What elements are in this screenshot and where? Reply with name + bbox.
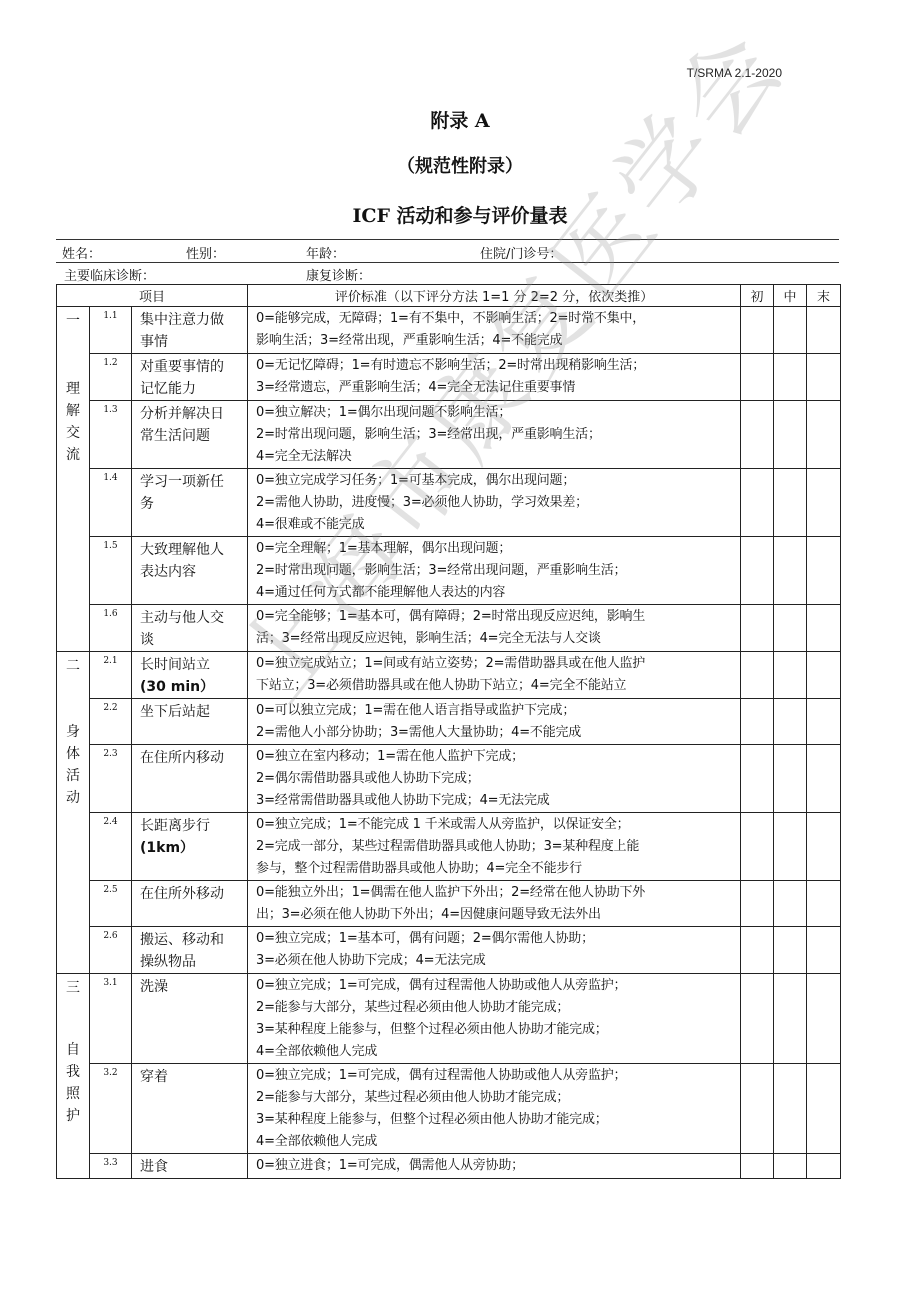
item-code: 1.2 bbox=[90, 354, 132, 401]
record-number-label: 住院/门诊号： bbox=[480, 243, 562, 262]
criteria-line: 2=能参与大部分，某些过程必须由他人协助才能完成； bbox=[256, 1087, 740, 1109]
gender-label: 性别： bbox=[186, 243, 225, 262]
criteria-line: 0=独立完成；1=可完成，偶有过程需他人协助或他人从旁监护； bbox=[256, 975, 740, 997]
score-cell-middle[interactable] bbox=[774, 974, 807, 1064]
table-row: 2.5在住所外移动0=能独立外出；1=偶需在他人监护下外出；2=经常在他人协助下… bbox=[57, 881, 841, 927]
item-name-line: 记忆能力 bbox=[140, 378, 247, 400]
score-cell-final[interactable] bbox=[807, 927, 841, 974]
score-cell-final[interactable] bbox=[807, 652, 841, 699]
item-name-line: 搬运、移动和 bbox=[140, 929, 247, 951]
score-cell-final[interactable] bbox=[807, 307, 841, 354]
appendix-type: （规范性附录） bbox=[0, 152, 920, 178]
item-name: 大致理解他人表达内容 bbox=[132, 537, 248, 605]
category-number: 一 bbox=[57, 310, 89, 330]
item-code: 2.2 bbox=[90, 699, 132, 745]
score-cell-final[interactable] bbox=[807, 469, 841, 537]
score-cell-middle[interactable] bbox=[774, 1064, 807, 1154]
score-cell-initial[interactable] bbox=[741, 354, 774, 401]
score-cell-final[interactable] bbox=[807, 1064, 841, 1154]
category-cell: 二身体活动 bbox=[57, 652, 90, 974]
score-cell-middle[interactable] bbox=[774, 537, 807, 605]
criteria-line: 0=无记忆障碍；1=有时遗忘不影响生活；2=时常出现稍影响生活； bbox=[256, 355, 740, 377]
criteria-line: 0=独立完成；1=可完成，偶有过程需他人协助或他人从旁监护； bbox=[256, 1065, 740, 1087]
criteria-line: 3=某种程度上能参与，但整个过程必须由他人协助才能完成； bbox=[256, 1019, 740, 1041]
score-cell-initial[interactable] bbox=[741, 745, 774, 813]
criteria-line: 0=可以独立完成；1=需在他人语言指导或监护下完成； bbox=[256, 700, 740, 722]
score-cell-initial[interactable] bbox=[741, 927, 774, 974]
item-code: 2.1 bbox=[90, 652, 132, 699]
item-code: 1.3 bbox=[90, 401, 132, 469]
item-name: 在住所内移动 bbox=[132, 745, 248, 813]
item-name: 坐下后站起 bbox=[132, 699, 248, 745]
criteria-line: 2=时常出现问题，影响生活；3=经常出现，严重影响生活； bbox=[256, 424, 740, 446]
criteria-line: 4=很难或不能完成 bbox=[256, 514, 740, 536]
item-name: 进食 bbox=[132, 1154, 248, 1179]
item-name-line: 穿着 bbox=[140, 1066, 247, 1088]
criteria-cell: 0=完全理解；1=基本理解，偶尔出现问题；2=时常出现问题，影响生活；3=经常出… bbox=[248, 537, 741, 605]
item-code: 1.5 bbox=[90, 537, 132, 605]
criteria-line: 2=完成一部分，某些过程需借助器具或他人协助；3=某种程度上能 bbox=[256, 836, 740, 858]
category-number: 三 bbox=[57, 977, 89, 997]
score-cell-final[interactable] bbox=[807, 881, 841, 927]
item-name-line: 事情 bbox=[140, 331, 247, 353]
criteria-cell: 0=独立完成；1=基本可，偶有问题；2=偶尔需他人协助；3=必须在他人协助下完成… bbox=[248, 927, 741, 974]
item-name-line: 集中注意力做 bbox=[140, 309, 247, 331]
document-id: T/SRMA 2.1-2020 bbox=[687, 66, 782, 80]
category-name-char: 自 bbox=[57, 1039, 89, 1061]
score-cell-initial[interactable] bbox=[741, 469, 774, 537]
item-code: 2.5 bbox=[90, 881, 132, 927]
item-code: 1.6 bbox=[90, 605, 132, 652]
table-row: 三自我照护3.1洗澡0=独立完成；1=可完成，偶有过程需他人协助或他人从旁监护；… bbox=[57, 974, 841, 1064]
score-cell-middle[interactable] bbox=[774, 354, 807, 401]
criteria-line: 4=全部依赖他人完成 bbox=[256, 1041, 740, 1063]
criteria-line: 0=能独立外出；1=偶需在他人监护下外出；2=经常在他人协助下外 bbox=[256, 882, 740, 904]
criteria-line: 2=能参与大部分，某些过程必须由他人协助才能完成； bbox=[256, 997, 740, 1019]
score-cell-initial[interactable] bbox=[741, 307, 774, 354]
criteria-line: 0=独立在室内移动；1=需在他人监护下完成； bbox=[256, 746, 740, 768]
category-name-char: 动 bbox=[57, 787, 89, 809]
criteria-line: 影响生活；3=经常出现，严重影响生活；4=不能完成 bbox=[256, 330, 740, 352]
criteria-cell: 0=完全能够；1=基本可，偶有障碍；2=时常出现反应迟纯，影响生活；3=经常出现… bbox=[248, 605, 741, 652]
score-cell-initial[interactable] bbox=[741, 1154, 774, 1179]
item-name: 穿着 bbox=[132, 1064, 248, 1154]
header-final: 末 bbox=[807, 285, 841, 307]
category-name-char: 体 bbox=[57, 743, 89, 765]
item-code: 1.4 bbox=[90, 469, 132, 537]
category-name-char: 流 bbox=[57, 444, 89, 466]
criteria-cell: 0=无记忆障碍；1=有时遗忘不影响生活；2=时常出现稍影响生活；3=经常遗忘，严… bbox=[248, 354, 741, 401]
score-cell-final[interactable] bbox=[807, 605, 841, 652]
item-name: 主动与他人交谈 bbox=[132, 605, 248, 652]
criteria-cell: 0=独立完成学习任务；1=可基本完成，偶尔出现问题；2=需他人协助，进度慢；3=… bbox=[248, 469, 741, 537]
item-name-line: 洗澡 bbox=[140, 976, 247, 998]
header-criteria: 评价标准（以下评分方法 1=1 分 2=2 分，依次类推） bbox=[248, 285, 741, 307]
criteria-line: 出；3=必须在他人协助下外出；4=因健康问题导致无法外出 bbox=[256, 904, 740, 926]
table-row: 2.4长距离步行(1km）0=独立完成；1=不能完成 1 千米或需人从旁监护，以… bbox=[57, 813, 841, 881]
category-name-char: 解 bbox=[57, 400, 89, 422]
table-row: 1.2对重要事情的记忆能力0=无记忆障碍；1=有时遗忘不影响生活；2=时常出现稍… bbox=[57, 354, 841, 401]
item-code: 3.2 bbox=[90, 1064, 132, 1154]
criteria-line: 0=独立完成站立；1=间或有站立姿势；2=需借助器具或在他人监护 bbox=[256, 653, 740, 675]
criteria-line: 0=完全理解；1=基本理解，偶尔出现问题； bbox=[256, 538, 740, 560]
score-cell-initial[interactable] bbox=[741, 537, 774, 605]
name-label: 姓名： bbox=[62, 243, 101, 262]
table-row: 2.6搬运、移动和操纵物品0=独立完成；1=基本可，偶有问题；2=偶尔需他人协助… bbox=[57, 927, 841, 974]
item-name-line: 务 bbox=[140, 493, 247, 515]
score-cell-middle[interactable] bbox=[774, 745, 807, 813]
criteria-line: 活；3=经常出现反应迟钝，影响生活；4=完全无法与人交谈 bbox=[256, 628, 740, 650]
criteria-line: 3=经常需借助器具或他人协助下完成；4=无法完成 bbox=[256, 790, 740, 812]
item-name-line: 分析并解决日 bbox=[140, 403, 247, 425]
item-name-line: 主动与他人交 bbox=[140, 607, 247, 629]
item-name: 集中注意力做事情 bbox=[132, 307, 248, 354]
table-row: 3.3进食0=独立进食；1=可完成，偶需他人从旁协助； bbox=[57, 1154, 841, 1179]
criteria-cell: 0=能够完成，无障碍；1=有不集中，不影响生活；2=时常不集中，影响生活；3=经… bbox=[248, 307, 741, 354]
table-row: 1.3分析并解决日常生活问题0=独立解决；1=偶尔出现问题不影响生活；2=时常出… bbox=[57, 401, 841, 469]
age-label: 年龄： bbox=[306, 243, 345, 262]
table-row: 1.5大致理解他人表达内容0=完全理解；1=基本理解，偶尔出现问题；2=时常出现… bbox=[57, 537, 841, 605]
criteria-cell: 0=独立解决；1=偶尔出现问题不影响生活；2=时常出现问题，影响生活；3=经常出… bbox=[248, 401, 741, 469]
score-cell-middle[interactable] bbox=[774, 813, 807, 881]
item-code: 1.1 bbox=[90, 307, 132, 354]
score-cell-middle[interactable] bbox=[774, 699, 807, 745]
item-name-line: 对重要事情的 bbox=[140, 356, 247, 378]
category-name-char: 交 bbox=[57, 422, 89, 444]
score-cell-middle[interactable] bbox=[774, 881, 807, 927]
criteria-line: 0=独立完成；1=基本可，偶有问题；2=偶尔需他人协助； bbox=[256, 928, 740, 950]
criteria-cell: 0=能独立外出；1=偶需在他人监护下外出；2=经常在他人协助下外出；3=必须在他… bbox=[248, 881, 741, 927]
score-cell-initial[interactable] bbox=[741, 652, 774, 699]
criteria-line: 2=时常出现问题，影响生活；3=经常出现问题，严重影响生活； bbox=[256, 560, 740, 582]
criteria-line: 0=独立完成；1=不能完成 1 千米或需人从旁监护，以保证安全； bbox=[256, 814, 740, 836]
table-header-row: 项目 评价标准（以下评分方法 1=1 分 2=2 分，依次类推） 初 中 末 bbox=[57, 285, 841, 307]
table-row: 2.2坐下后站起0=可以独立完成；1=需在他人语言指导或监护下完成；2=需他人小… bbox=[57, 699, 841, 745]
item-name: 搬运、移动和操纵物品 bbox=[132, 927, 248, 974]
score-cell-initial[interactable] bbox=[741, 974, 774, 1064]
criteria-line: 3=某种程度上能参与，但整个过程必须由他人协助才能完成； bbox=[256, 1109, 740, 1131]
header-item: 项目 bbox=[57, 285, 248, 307]
score-cell-middle[interactable] bbox=[774, 1154, 807, 1179]
criteria-line: 0=独立解决；1=偶尔出现问题不影响生活； bbox=[256, 402, 740, 424]
score-cell-initial[interactable] bbox=[741, 813, 774, 881]
score-cell-final[interactable] bbox=[807, 813, 841, 881]
category-cell: 三自我照护 bbox=[57, 974, 90, 1179]
table-row: 一理解交流1.1集中注意力做事情0=能够完成，无障碍；1=有不集中，不影响生活；… bbox=[57, 307, 841, 354]
item-name-line: 长时间站立 bbox=[140, 654, 247, 676]
item-name: 长时间站立(30 min） bbox=[132, 652, 248, 699]
item-name-line: (1km） bbox=[140, 837, 247, 859]
score-cell-middle[interactable] bbox=[774, 927, 807, 974]
score-cell-final[interactable] bbox=[807, 974, 841, 1064]
criteria-line: 4=全部依赖他人完成 bbox=[256, 1131, 740, 1153]
score-cell-initial[interactable] bbox=[741, 1064, 774, 1154]
item-name-line: 在住所外移动 bbox=[140, 883, 247, 905]
patient-info-row-1: 姓名： 性别： 年龄： 住院/门诊号： bbox=[56, 239, 839, 263]
category-name-char: 理 bbox=[57, 378, 89, 400]
item-name: 洗澡 bbox=[132, 974, 248, 1064]
score-cell-final[interactable] bbox=[807, 1154, 841, 1179]
category-name-char: 照 bbox=[57, 1083, 89, 1105]
criteria-line: 下站立；3=必须借助器具或在他人协助下站立；4=完全不能站立 bbox=[256, 675, 740, 697]
table-row: 二身体活动2.1长时间站立(30 min）0=独立完成站立；1=间或有站立姿势；… bbox=[57, 652, 841, 699]
criteria-line: 3=必须在他人协助下完成；4=无法完成 bbox=[256, 950, 740, 972]
item-name: 分析并解决日常生活问题 bbox=[132, 401, 248, 469]
item-name-line: (30 min） bbox=[140, 676, 247, 698]
criteria-line: 2=偶尔需借助器具或他人协助下完成； bbox=[256, 768, 740, 790]
header-initial: 初 bbox=[741, 285, 774, 307]
score-cell-final[interactable] bbox=[807, 354, 841, 401]
score-cell-final[interactable] bbox=[807, 699, 841, 745]
item-name: 对重要事情的记忆能力 bbox=[132, 354, 248, 401]
criteria-line: 0=独立完成学习任务；1=可基本完成，偶尔出现问题； bbox=[256, 470, 740, 492]
item-name-line: 坐下后站起 bbox=[140, 701, 247, 723]
criteria-line: 3=经常遗忘，严重影响生活；4=完全无法记住重要事情 bbox=[256, 377, 740, 399]
item-code: 2.3 bbox=[90, 745, 132, 813]
icf-assessment-table: 项目 评价标准（以下评分方法 1=1 分 2=2 分，依次类推） 初 中 末 一… bbox=[56, 284, 841, 1179]
item-name-line: 操纵物品 bbox=[140, 951, 247, 973]
score-cell-middle[interactable] bbox=[774, 469, 807, 537]
item-name-line: 进食 bbox=[140, 1156, 247, 1178]
score-cell-middle[interactable] bbox=[774, 401, 807, 469]
score-cell-initial[interactable] bbox=[741, 401, 774, 469]
criteria-line: 4=完全无法解决 bbox=[256, 446, 740, 468]
criteria-line: 4=通过任何方式都不能理解他人表达的内容 bbox=[256, 582, 740, 604]
category-name-char: 我 bbox=[57, 1061, 89, 1083]
table-row: 3.2穿着0=独立完成；1=可完成，偶有过程需他人协助或他人从旁监护；2=能参与… bbox=[57, 1064, 841, 1154]
criteria-cell: 0=独立完成站立；1=间或有站立姿势；2=需借助器具或在他人监护下站立；3=必须… bbox=[248, 652, 741, 699]
score-cell-middle[interactable] bbox=[774, 307, 807, 354]
item-name-line: 常生活问题 bbox=[140, 425, 247, 447]
criteria-line: 0=独立进食；1=可完成，偶需他人从旁协助； bbox=[256, 1155, 740, 1177]
criteria-cell: 0=独立在室内移动；1=需在他人监护下完成；2=偶尔需借助器具或他人协助下完成；… bbox=[248, 745, 741, 813]
criteria-cell: 0=独立完成；1=可完成，偶有过程需他人协助或他人从旁监护；2=能参与大部分，某… bbox=[248, 974, 741, 1064]
item-code: 2.4 bbox=[90, 813, 132, 881]
criteria-line: 2=需他人协助，进度慢；3=必须他人协助，学习效果差； bbox=[256, 492, 740, 514]
table-row: 2.3在住所内移动0=独立在室内移动；1=需在他人监护下完成；2=偶尔需借助器具… bbox=[57, 745, 841, 813]
criteria-cell: 0=独立完成；1=可完成，偶有过程需他人协助或他人从旁监护；2=能参与大部分，某… bbox=[248, 1064, 741, 1154]
criteria-line: 参与，整个过程需借助器具或他人协助；4=完全不能步行 bbox=[256, 858, 740, 880]
category-name-char: 护 bbox=[57, 1105, 89, 1127]
table-row: 1.6主动与他人交谈0=完全能够；1=基本可，偶有障碍；2=时常出现反应迟纯，影… bbox=[57, 605, 841, 652]
item-code: 3.3 bbox=[90, 1154, 132, 1179]
score-cell-middle[interactable] bbox=[774, 605, 807, 652]
item-name-line: 长距离步行 bbox=[140, 815, 247, 837]
criteria-line: 2=需他人小部分协助；3=需他人大量协助；4=不能完成 bbox=[256, 722, 740, 744]
score-cell-final[interactable] bbox=[807, 745, 841, 813]
item-code: 3.1 bbox=[90, 974, 132, 1064]
category-cell: 一理解交流 bbox=[57, 307, 90, 652]
item-name-line: 学习一项新任 bbox=[140, 471, 247, 493]
form-title: ICF 活动和参与评价量表 bbox=[0, 201, 920, 228]
criteria-line: 0=能够完成，无障碍；1=有不集中，不影响生活；2=时常不集中， bbox=[256, 308, 740, 330]
score-cell-final[interactable] bbox=[807, 537, 841, 605]
criteria-cell: 0=可以独立完成；1=需在他人语言指导或监护下完成；2=需他人小部分协助；3=需… bbox=[248, 699, 741, 745]
clinical-diagnosis-label: 主要临床诊断： bbox=[64, 265, 155, 284]
category-name-char: 活 bbox=[57, 765, 89, 787]
table-row: 1.4学习一项新任务0=独立完成学习任务；1=可基本完成，偶尔出现问题；2=需他… bbox=[57, 469, 841, 537]
criteria-cell: 0=独立进食；1=可完成，偶需他人从旁协助； bbox=[248, 1154, 741, 1179]
item-name-line: 谈 bbox=[140, 629, 247, 651]
item-code: 2.6 bbox=[90, 927, 132, 974]
score-cell-final[interactable] bbox=[807, 401, 841, 469]
header-middle: 中 bbox=[774, 285, 807, 307]
score-cell-initial[interactable] bbox=[741, 881, 774, 927]
category-number: 二 bbox=[57, 655, 89, 675]
score-cell-initial[interactable] bbox=[741, 605, 774, 652]
item-name-line: 表达内容 bbox=[140, 561, 247, 583]
patient-info-row-2: 主要临床诊断： 康复诊断： bbox=[56, 262, 839, 284]
appendix-title: 附录 A bbox=[0, 106, 920, 133]
criteria-line: 0=完全能够；1=基本可，偶有障碍；2=时常出现反应迟纯，影响生 bbox=[256, 606, 740, 628]
item-name-line: 大致理解他人 bbox=[140, 539, 247, 561]
category-name-char: 身 bbox=[57, 721, 89, 743]
rehab-diagnosis-label: 康复诊断： bbox=[306, 265, 371, 284]
item-name: 长距离步行(1km） bbox=[132, 813, 248, 881]
item-name: 学习一项新任务 bbox=[132, 469, 248, 537]
score-cell-middle[interactable] bbox=[774, 652, 807, 699]
score-cell-initial[interactable] bbox=[741, 699, 774, 745]
item-name-line: 在住所内移动 bbox=[140, 747, 247, 769]
criteria-cell: 0=独立完成；1=不能完成 1 千米或需人从旁监护，以保证安全；2=完成一部分，… bbox=[248, 813, 741, 881]
item-name: 在住所外移动 bbox=[132, 881, 248, 927]
